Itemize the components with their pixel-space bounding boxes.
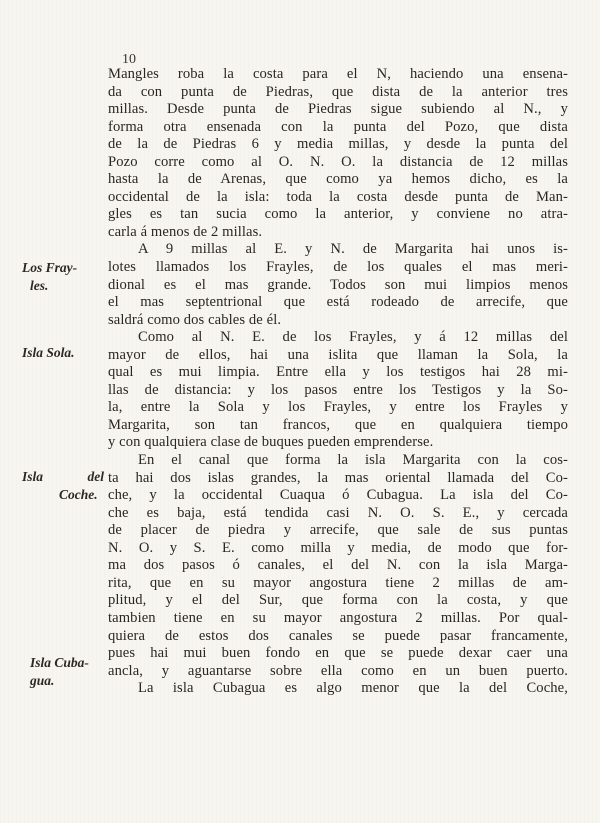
text-line: de placer de piedra y arrecife, que sale…	[108, 522, 568, 540]
margin-note-line: gua.	[30, 672, 89, 690]
paragraph-start-line: Como al N. E. de los Frayles, y á 12 mil…	[108, 329, 568, 347]
text-line: saldrá como dos cables de él.	[108, 312, 568, 330]
text-line: forma otra ensenada con la punta del Poz…	[108, 119, 568, 137]
margin-note-isla-sola: Isla Sola.	[22, 344, 75, 362]
margin-note-word: del	[88, 468, 105, 486]
text-line: Pozo corre como al O. N. O. la distancia…	[108, 154, 568, 172]
text-line: tambien tiene en su mayor angostura 2 mi…	[108, 610, 568, 628]
text-line: ta hai dos islas grandes, la mas orienta…	[108, 470, 568, 488]
text-line: ancla, y aguantarse sobre ella como en u…	[108, 663, 568, 681]
text-line: che es baja, está tendida casi N. O. S. …	[108, 505, 568, 523]
text-line: qual es mui limpia. Entre ella y los tes…	[108, 364, 568, 382]
text-line: Margarita, son tan francos, que en qualq…	[108, 417, 568, 435]
text-line: el mas septentrional que está rodeado de…	[108, 294, 568, 312]
text-line: carla á menos de 2 millas.	[108, 224, 568, 242]
margin-note-isla-del-coche: Isla del Coche.	[22, 468, 104, 503]
text-line: gles es tan sucia como la anterior, y co…	[108, 206, 568, 224]
text-line: Mangles roba la costa para el N, haciend…	[108, 66, 568, 84]
margin-note-line: Coche.	[22, 486, 104, 504]
book-page: 10 Mangles roba la costa para el N, haci…	[0, 0, 600, 823]
text-line: ma dos pasos ó canales, el del N. con la…	[108, 557, 568, 575]
body-text: Mangles roba la costa para el N, haciend…	[108, 66, 568, 698]
paragraph-start-line: La isla Cubagua es algo menor que la del…	[108, 680, 568, 698]
margin-note-line: Los Fray-	[22, 259, 77, 277]
text-line: quiera de estos dos canales se puede pas…	[108, 628, 568, 646]
text-line: de la de Piedras 6 y media millas, y des…	[108, 136, 568, 154]
text-line: che, y la occidental Cuaqua ó Cubagua. L…	[108, 487, 568, 505]
text-line: rita, que en su mayor angostura tiene 2 …	[108, 575, 568, 593]
text-line: llas de distancia: y los pasos entre los…	[108, 382, 568, 400]
margin-note-line: Isla Sola.	[22, 344, 75, 362]
text-line: dional es el mas grande. Todos son mui l…	[108, 277, 568, 295]
text-line: N. O. y S. E. como milla y media, de mod…	[108, 540, 568, 558]
text-line: plitud, y el del Sur, que forma con la c…	[108, 592, 568, 610]
paragraph-start-line: A 9 millas al E. y N. de Margarita hai u…	[108, 241, 568, 259]
margin-note-line: Isla Cuba-	[30, 654, 89, 672]
text-line: millas. Desde punta de Piedras sigue sub…	[108, 101, 568, 119]
text-line: pues hai mui buen fondo en que se puede …	[108, 645, 568, 663]
margin-note-los-frayles: Los Fray- les.	[22, 259, 77, 294]
margin-note-isla-cubagua: Isla Cuba- gua.	[30, 654, 89, 689]
text-line: da con punta de Piedras, que dista de la…	[108, 84, 568, 102]
margin-note-line: les.	[22, 277, 77, 295]
text-line: lotes llamados los Frayles, de los quale…	[108, 259, 568, 277]
margin-note-word: Isla	[22, 468, 43, 486]
text-line: la, entre la Sola y los Frayles, y entre…	[108, 399, 568, 417]
paragraph-start-line: En el canal que forma la isla Margarita …	[108, 452, 568, 470]
text-line: y con qualquiera clase de buques pueden …	[108, 434, 568, 452]
text-line: hasta la de Arenas, que como ya hemos di…	[108, 171, 568, 189]
text-line: occidental de la isla: toda la costa des…	[108, 189, 568, 207]
text-line: mayor de ellos, hai una islita que llama…	[108, 347, 568, 365]
